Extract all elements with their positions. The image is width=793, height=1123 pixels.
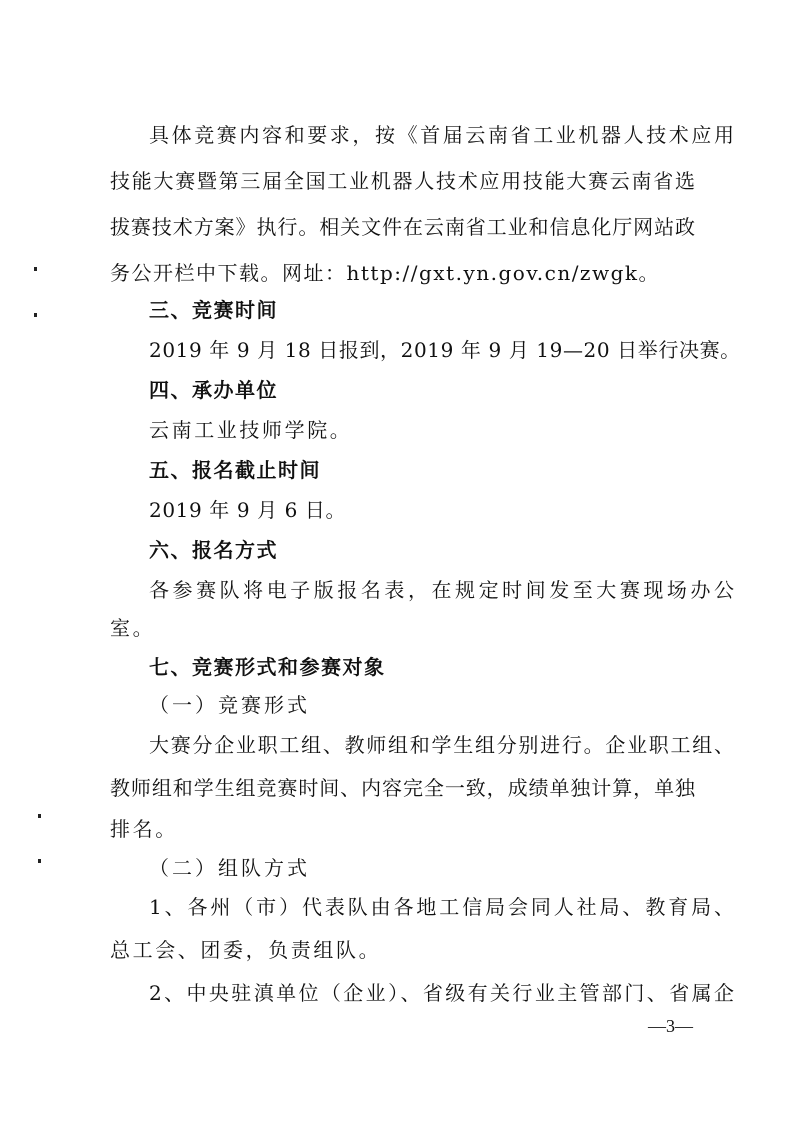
paragraph-line: 技能大赛暨第三届全国工业机器人技术应用技能大赛云南省选 — [110, 168, 695, 194]
binding-hole-mark — [34, 313, 37, 317]
paragraph-line: 拔赛技术方案》执行。相关文件在云南省工业和信息化厅网站政 — [110, 214, 695, 240]
section-heading-time: 三、竞赛时间 — [149, 297, 734, 323]
subsection-heading-format: （一）竞赛形式 — [149, 692, 734, 718]
section-heading-format: 七、竞赛形式和参赛对象 — [149, 654, 734, 680]
paragraph-line: 排名。 — [110, 816, 695, 842]
paragraph-line: 1、各州（市）代表队由各地工信局会同人社局、教育局、 — [149, 894, 734, 920]
paragraph-line: 各参赛队将电子版报名表，在规定时间发至大赛现场办公 — [149, 577, 734, 603]
paragraph-line: 务公开栏中下载。网址：http://gxt.yn.gov.cn/zwgk。 — [110, 260, 695, 286]
paragraph-line: 教师组和学生组竞赛时间、内容完全一致，成绩单独计算，单独 — [110, 775, 695, 801]
paragraph-line: 2019 年 9 月 6 日。 — [149, 497, 734, 523]
paragraph-line: 总工会、团委，负责组队。 — [110, 937, 695, 963]
paragraph-line: 大赛分企业职工组、教师组和学生组分别进行。企业职工组、 — [149, 732, 734, 758]
section-heading-organizer: 四、承办单位 — [149, 377, 734, 403]
binding-hole-mark — [34, 267, 37, 271]
paragraph-line: 室。 — [110, 615, 695, 641]
binding-hole-mark — [38, 859, 41, 863]
page-number: —3— — [648, 1016, 693, 1037]
section-heading-deadline: 五、报名截止时间 — [149, 457, 734, 483]
subsection-heading-team: （二）组队方式 — [149, 855, 734, 881]
section-heading-registration: 六、报名方式 — [149, 537, 734, 563]
binding-hole-mark — [38, 814, 41, 818]
document-page: 具体竞赛内容和要求，按《首届云南省工业机器人技术应用 技能大赛暨第三届全国工业机… — [0, 0, 793, 1123]
paragraph-line: 具体竞赛内容和要求，按《首届云南省工业机器人技术应用 — [149, 122, 734, 148]
paragraph-line: 云南工业技师学院。 — [149, 417, 734, 443]
paragraph-line: 2、中央驻滇单位（企业）、省级有关行业主管部门、省属企 — [149, 980, 734, 1006]
paragraph-line: 2019 年 9 月 18 日报到，2019 年 9 月 19—20 日举行决赛… — [149, 337, 734, 363]
